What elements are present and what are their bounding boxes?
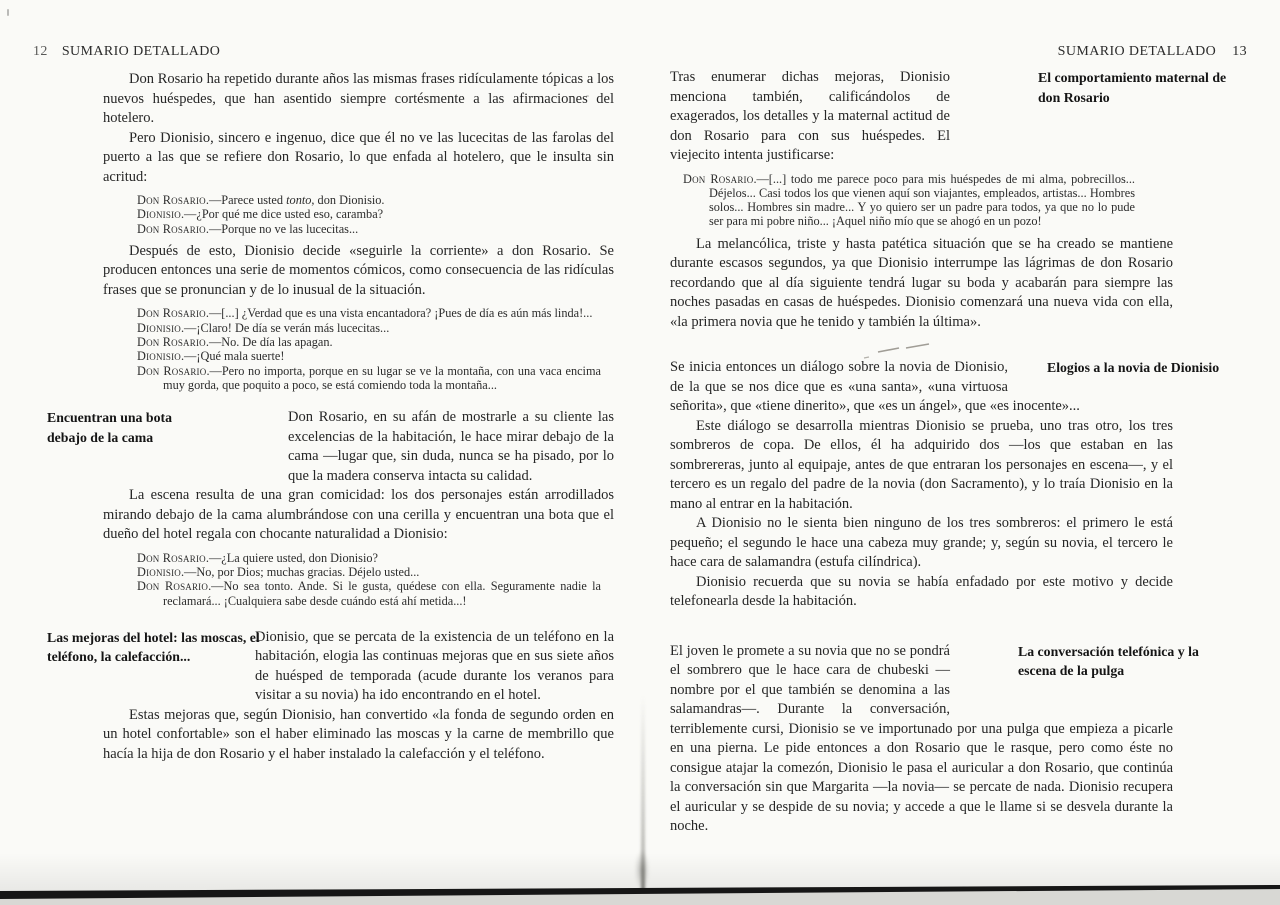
speaker-name: Dionisio [137,207,181,221]
margin-heading: Encuentran una bota debajo de la cama [47,408,197,447]
speech-text: .—¡Qué mala suerte! [181,349,284,363]
running-head-left: 12SUMARIO DETALLADO [33,44,220,60]
speech-text: .—Parece usted [206,193,286,207]
speech-emphasis: tonto [286,193,311,207]
dialogue-line: Don Rosario.—[...] ¿Verdad que es una vi… [137,306,601,320]
paragraph: A Dionisio no le sienta bien ninguno de … [670,514,1173,573]
speech-text: , don Dionisio. [311,193,384,207]
margin-heading: Las mejoras del hotel: las moscas, el te… [47,628,272,667]
left-page-text-column: Don Rosario ha repetido durante años las… [103,70,614,764]
page-number-left: 12 [33,44,48,59]
paragraph: Dionisio recuerda que su novia se había … [670,573,1173,612]
margin-heading: Elogios a la novia de Dionisio [1047,358,1272,378]
speaker-name: Dionisio [137,321,181,335]
speaker-name: Don Rosario [137,364,206,378]
dialogue-line: Don Rosario.—Porque no ve las lucecitas.… [137,222,601,236]
scan-speck [586,95,589,97]
speech-text: .—¡Claro! De día se verán más lucecitas.… [181,321,389,335]
section-phone-call-and-flea: La conversación telefónica y la escena d… [670,642,1173,837]
right-page-text-column: El comportamiento maternal de don Rosari… [670,68,1173,837]
speaker-name: Dionisio [137,565,181,579]
speaker-name: Don Rosario [137,579,208,593]
dialogue-line: Dionisio.—¿Por qué me dice usted eso, ca… [137,207,601,221]
margin-heading: El comportamiento maternal de don Rosari… [1038,68,1238,107]
paragraph: Después de esto, Dionisio decide «seguir… [103,242,614,301]
speech-text: .—[...] todo me parece poco para mis hué… [709,172,1135,229]
paragraph: La melancólica, triste y hasta patética … [670,235,1173,333]
running-title-left: SUMARIO DETALLADO [62,44,221,59]
book-spread: 12SUMARIO DETALLADO SUMARIO DETALLADO13 … [0,0,1280,905]
paragraph: Este diálogo se desarrolla mientras Dion… [670,417,1173,515]
speaker-name: Don Rosario [137,193,206,207]
page-number-right: 13 [1232,44,1247,59]
dialogue-line: Don Rosario.—Parece usted tonto, don Dio… [137,193,601,207]
running-head-right: SUMARIO DETALLADO13 [1058,44,1247,60]
dialogue-line: Don Rosario.—¿La quiere usted, don Dioni… [137,551,601,565]
speaker-name: Don Rosario [137,306,206,320]
dialogue-quote-block: Don Rosario.—[...] ¿Verdad que es una vi… [137,306,601,392]
speaker-name: Don Rosario [137,551,206,565]
speech-text: .—[...] ¿Verdad que es una vista encanta… [206,306,593,320]
scan-speck [7,9,9,16]
paragraph: La escena resulta de una gran comicidad:… [103,486,614,545]
speaker-name: Dionisio [137,349,181,363]
book-gutter-shadow-blob [632,842,652,898]
dialogue-quote-block: Don Rosario.—Parece usted tonto, don Dio… [137,193,601,236]
dialogue-line: Don Rosario.—No sea tonto. Ande. Si le g… [137,579,601,608]
speech-text: .—¿Por qué me dice usted eso, caramba? [181,207,383,221]
section-hotel-improvements: Las mejoras del hotel: las moscas, el te… [103,628,614,765]
section-praise-of-fiancee: Elogios a la novia de Dionisio Se inicia… [670,358,1173,612]
running-title-right: SUMARIO DETALLADO [1058,44,1217,59]
dialogue-line: Dionisio.—¡Qué mala suerte! [137,349,601,363]
speaker-name: Don Rosario [137,222,206,236]
dialogue-line: Dionisio.—No, por Dios; muchas gracias. … [137,565,601,579]
margin-heading: La conversación telefónica y la escena d… [1018,642,1223,681]
paragraph: Don Rosario ha repetido durante años las… [103,70,614,129]
speech-text: .—Porque no ve las lucecitas... [206,222,358,236]
section-maternal-behaviour: El comportamiento maternal de don Rosari… [670,68,1173,166]
dialogue-line: Don Rosario.—Pero no importa, porque en … [137,364,601,393]
paragraph: Pero Dionisio, sincero e ingenuo, dice q… [103,129,614,188]
speech-text: .—No, por Dios; muchas gracias. Déjelo u… [181,565,419,579]
speech-text: .—¿La quiere usted, don Dionisio? [206,551,378,565]
dialogue-line: Dionisio.—¡Claro! De día se verán más lu… [137,321,601,335]
speaker-name: Don Rosario [683,172,753,186]
paragraph: Estas mejoras que, según Dionisio, han c… [103,706,614,765]
speech-text: .—Pero no importa, porque en su lugar se… [163,364,601,392]
speech-text: .—No sea tonto. Ande. Si le gusta, quéde… [163,579,601,607]
dialogue-quote-block: Don Rosario.—¿La quiere usted, don Dioni… [137,551,601,608]
dialogue-line: Don Rosario.—No. De día las apagan. [137,335,601,349]
speaker-name: Don Rosario [137,335,206,349]
speech-text: .—No. De día las apagan. [206,335,333,349]
dialogue-quote-block: Don Rosario.—[...] todo me parece poco p… [683,172,1135,229]
section-boot-under-bed: Encuentran una bota debajo de la cama Do… [103,408,614,545]
dialogue-line: Don Rosario.—[...] todo me parece poco p… [683,172,1135,229]
